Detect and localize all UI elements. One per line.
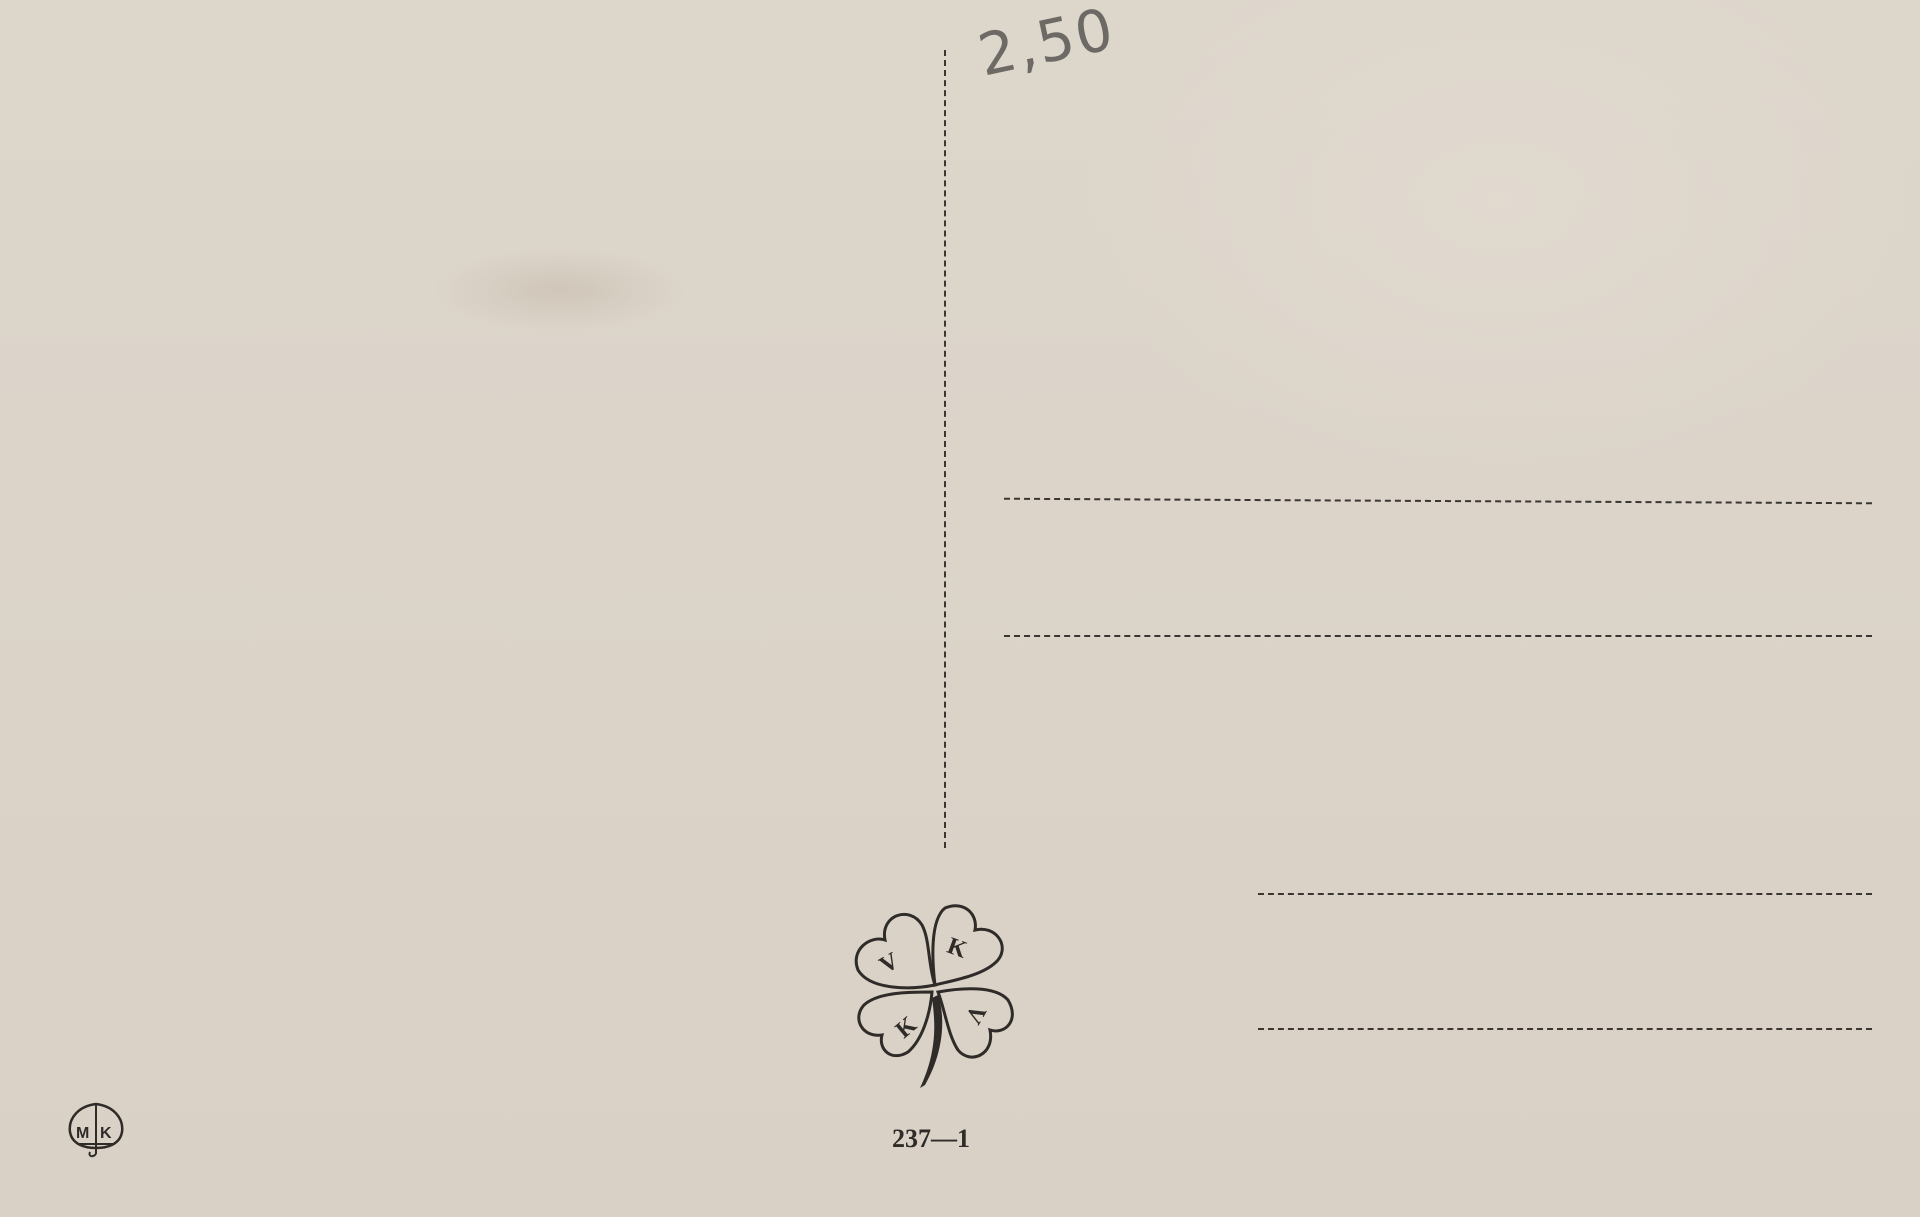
four-leaf-clover-icon: V K V K xyxy=(850,900,1020,1100)
postcard-back: 2,50 V K V K 237—1 M K xyxy=(0,0,1920,1217)
svg-text:V: V xyxy=(875,948,904,980)
address-line-2 xyxy=(1004,635,1872,637)
serial-number: 237—1 xyxy=(892,1124,970,1154)
leaf-monogram-icon: M K xyxy=(64,1100,128,1160)
handwritten-price: 2,50 xyxy=(972,0,1120,90)
svg-text:K: K xyxy=(100,1125,112,1142)
address-line-3 xyxy=(1258,893,1872,895)
svg-text:M: M xyxy=(76,1125,89,1142)
divider-line xyxy=(944,50,946,848)
svg-text:V: V xyxy=(959,1000,991,1029)
address-line-1 xyxy=(1004,498,1872,505)
svg-text:K: K xyxy=(944,933,971,964)
address-line-4 xyxy=(1258,1028,1872,1030)
